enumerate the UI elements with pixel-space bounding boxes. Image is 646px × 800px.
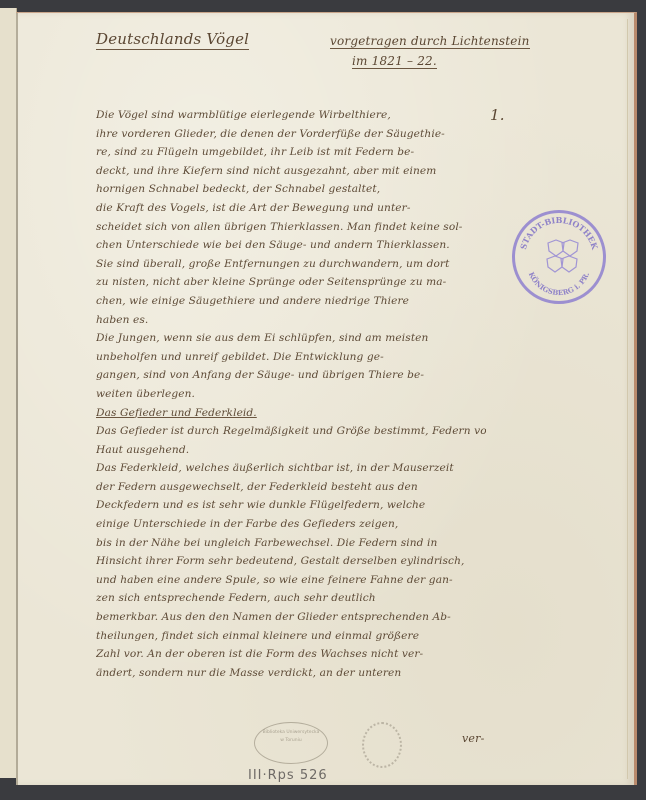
text-line: zen sich entsprechende Federn, auch sehr… — [96, 589, 486, 608]
text-line: Haut ausgehend. — [96, 441, 486, 460]
oval-stamp-line-1: Biblioteka Uniwersytecka — [255, 729, 327, 737]
provenance-line-2: im 1821 – 22. — [352, 54, 437, 69]
section-heading: Das Gefieder und Federkleid. — [96, 404, 486, 423]
text-line: Die Vögel sind warmblütige eierlegende W… — [96, 106, 486, 125]
coat-of-arms-icon — [547, 240, 578, 272]
text-line: haben es. — [96, 311, 486, 330]
document-title: Deutschlands Vögel — [96, 30, 249, 50]
provenance-line-1: vorgetragen durch Lichtenstein — [330, 34, 530, 49]
page-number: 1. — [490, 106, 505, 124]
oval-stamp-line-2: w Toruniu — [255, 737, 327, 745]
text-line: bemerkbar. Aus den den Namen der Glieder… — [96, 608, 486, 627]
text-line: Hinsicht ihrer Form sehr bedeutend, Gest… — [96, 552, 486, 571]
library-stamp: STADT-BIBLIOTHEK KÖNIGSBERG i. PR. — [512, 210, 606, 304]
binding-gutter — [16, 13, 18, 785]
text-line: ihre vorderen Glieder, die denen der Vor… — [96, 125, 486, 144]
text-line: ändert, sondern nur die Masse verdickt, … — [96, 664, 486, 683]
text-line: theilungen, findet sich einmal kleinere … — [96, 627, 486, 646]
university-library-stamp: Biblioteka Uniwersytecka w Toruniu — [254, 722, 328, 764]
text-line: Das Federkleid, welches äußerlich sichtb… — [96, 459, 486, 478]
text-line: hornigen Schnabel bedeckt, der Schnabel … — [96, 180, 486, 199]
text-line: gangen, sind von Anfang der Säuge- und ü… — [96, 366, 486, 385]
text-line: der Federn ausgewechselt, der Federkleid… — [96, 478, 486, 497]
stamp-text-top: STADT-BIBLIOTHEK — [518, 215, 600, 252]
text-line: unbeholfen und unreif gebildet. Die Entw… — [96, 348, 486, 367]
manuscript-body: Die Vögel sind warmblütige eierlegende W… — [96, 106, 486, 682]
text-line: Die Jungen, wenn sie aus dem Ei schlüpfe… — [96, 329, 486, 348]
text-line: chen Unterschiede wie bei den Säuge- und… — [96, 236, 486, 255]
text-line: Zahl vor. An der oberen ist die Form des… — [96, 645, 486, 664]
text-line: und haben eine andere Spule, so wie eine… — [96, 571, 486, 590]
text-line: Sie sind überall, große Entfernungen zu … — [96, 255, 486, 274]
text-line: scheidet sich von allen übrigen Thierkla… — [96, 218, 486, 237]
text-line: Das Gefieder ist durch Regelmäßigkeit un… — [96, 422, 486, 441]
text-line: re, sind zu Flügeln umgebildet, ihr Leib… — [96, 143, 486, 162]
library-stamp-text-ring: STADT-BIBLIOTHEK KÖNIGSBERG i. PR. — [515, 213, 603, 301]
faint-stamp-impression — [362, 722, 402, 768]
stamp-text-bottom: KÖNIGSBERG i. PR. — [527, 271, 591, 298]
text-line: zu nisten, nicht aber kleine Sprünge ode… — [96, 273, 486, 292]
shelfmark: III·Rps 526 — [248, 768, 328, 783]
text-line: chen, wie einige Säugethiere und andere … — [96, 292, 486, 311]
text-line: weiten überlegen. — [96, 385, 486, 404]
text-line: Deckfedern und es ist sehr wie dunkle Fl… — [96, 496, 486, 515]
text-line: deckt, und ihre Kiefern sind nicht ausge… — [96, 162, 486, 181]
catchword: ver- — [462, 732, 485, 745]
svg-text:STADT-BIBLIOTHEK: STADT-BIBLIOTHEK — [518, 215, 600, 252]
page-edge-line — [627, 19, 628, 779]
text-line: bis in der Nähe bei ungleich Farbewechse… — [96, 534, 486, 553]
text-line: einige Unterschiede in der Farbe des Gef… — [96, 515, 486, 534]
text-line: die Kraft des Vogels, ist die Art der Be… — [96, 199, 486, 218]
facing-page-edge — [0, 8, 17, 778]
svg-text:KÖNIGSBERG i. PR.: KÖNIGSBERG i. PR. — [527, 271, 591, 298]
